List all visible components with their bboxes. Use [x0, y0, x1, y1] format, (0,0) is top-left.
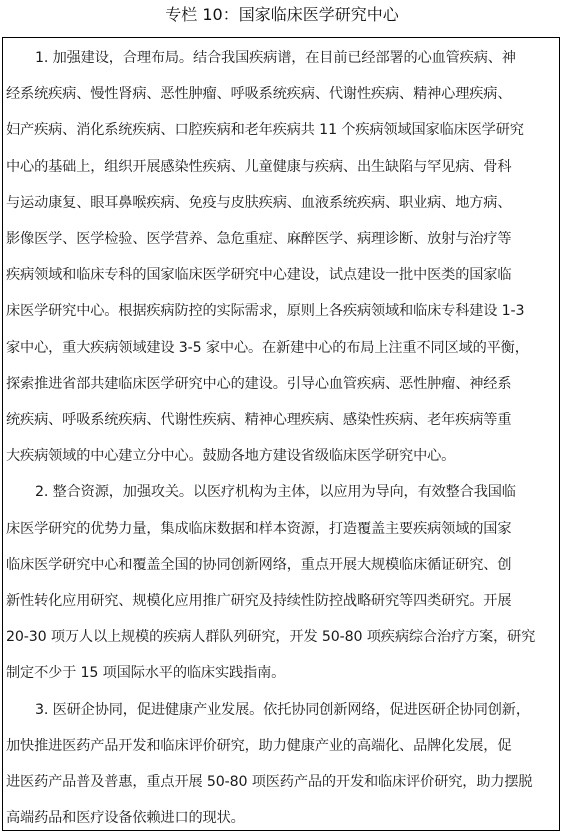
section-2: 2. 整合资源，加强攻关。以医疗机构为主体，以应用为导向，有效整合我国临 床医学…	[3, 474, 559, 691]
text-line: 统疾病、呼吸系统疾病、代谢性疾病、精神心理疾病、感染性疾病、老年疾病等重	[6, 402, 557, 438]
text-line: 临床医学研究中心和覆盖全国的协同创新网络，重点开展大规模临床循证研究、创	[6, 547, 557, 583]
box-title: 专栏 10：国家临床医学研究中心	[0, 4, 564, 26]
text-line: 进医药产品普及普惠，重点开展 50-80 项医药产品的开发和临床评价研究，助力摆…	[6, 764, 557, 800]
text-line: 家中心，重大疾病领域建设 3-5 家中心。在新建中心的布局上注重不同区域的平衡，	[6, 330, 557, 366]
text-line: 探索推进省部共建临床医学研究中心的建设。引导心血管疾病、恶性肿瘤、神经系	[6, 366, 557, 402]
text-line: 中心的基础上，组织开展感染性疾病、儿童健康与疾病、出生缺陷与罕见病、骨科	[6, 149, 557, 185]
section-1: 1. 加强建设，合理布局。结合我国疾病谱，在目前已经部署的心血管疾病、神 经系统…	[3, 40, 559, 474]
text-line: 经系统疾病、慢性肾病、恶性肿瘤、呼吸系统疾病、代谢性疾病、精神心理疾病、	[6, 76, 557, 112]
text-line: 加快推进医药产品开发和临床评价研究，助力健康产业的高端化、品牌化发展，促	[6, 728, 557, 764]
text-line: 3. 医研企协同，促进健康产业发展。依托协同创新网络，促进医研企协同创新，	[6, 692, 557, 728]
text-line: 大疾病领域的中心建立分中心。鼓励各地方建设省级临床医学研究中心。	[6, 438, 557, 474]
text-line: 影像医学、医学检验、医学营养、急危重症、麻醉医学、病理诊断、放射与治疗等	[6, 221, 557, 257]
text-line: 床医学研究中心。根据疾病防控的实际需求，原则上各疾病领域和临床专科建设 1-3	[6, 293, 557, 329]
text-line: 高端药品和医疗设备依赖进口的现状。	[6, 800, 557, 836]
section-3: 3. 医研企协同，促进健康产业发展。依托协同创新网络，促进医研企协同创新， 加快…	[3, 692, 559, 836]
text-line: 制定不少于 15 项国际水平的临床实践指南。	[6, 655, 557, 691]
content-box: 1. 加强建设，合理布局。结合我国疾病谱，在目前已经部署的心血管疾病、神 经系统…	[2, 37, 560, 831]
text-line: 新性转化应用研究、规模化应用推广研究及持续性防控战略研究等四类研究。开展	[6, 583, 557, 619]
text-line: 2. 整合资源，加强攻关。以医疗机构为主体，以应用为导向，有效整合我国临	[6, 474, 557, 510]
text-line: 20-30 项万人以上规模的疾病人群队列研究，开发 50-80 项疾病综合治疗方…	[6, 619, 557, 655]
text-line: 与运动康复、眼耳鼻喉疾病、免疫与皮肤疾病、血液系统疾病、职业病、地方病、	[6, 185, 557, 221]
text-line: 1. 加强建设，合理布局。结合我国疾病谱，在目前已经部署的心血管疾病、神	[6, 40, 557, 76]
text-line: 疾病领域和临床专科的国家临床医学研究中心建设，试点建设一批中医类的国家临	[6, 257, 557, 293]
text-line: 床医学研究的优势力量，集成临床数据和样本资源，打造覆盖主要疾病领域的国家	[6, 511, 557, 547]
text-line: 妇产疾病、消化系统疾病、口腔疾病和老年疾病共 11 个疾病领域国家临床医学研究	[6, 112, 557, 148]
